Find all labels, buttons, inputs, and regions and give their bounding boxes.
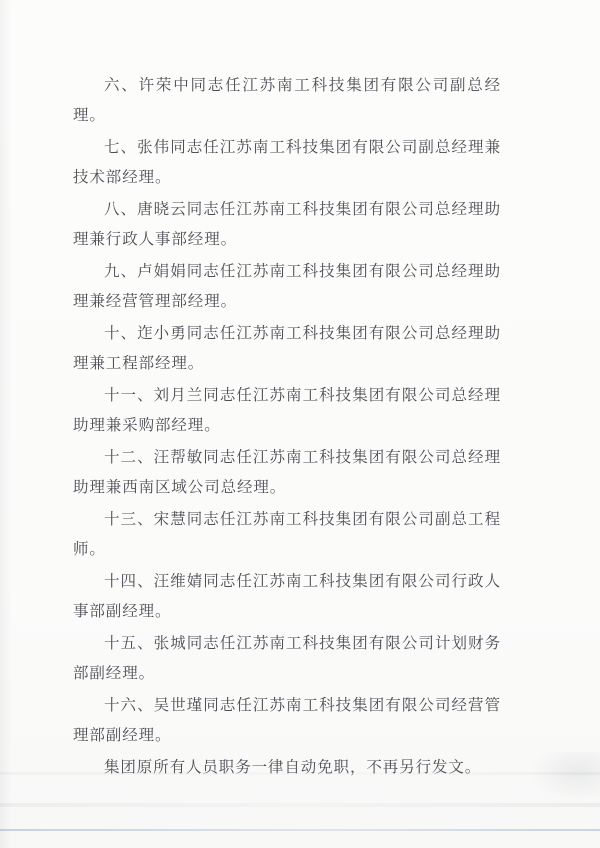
scan-artifact-streak [0, 803, 600, 807]
scan-artifact-streak [0, 772, 600, 775]
appointment-item-11: 十一、刘月兰同志任江苏南工科技集团有限公司总经理助理兼采购部经理。 [73, 381, 501, 441]
appointment-item-8: 八、唐晓云同志任江苏南工科技集团有限公司总经理助理兼行政人事部经理。 [73, 195, 501, 255]
scan-artifact-line [0, 829, 600, 831]
document-body-text: 六、许荣中同志任江苏南工科技集团有限公司副总经理。 七、张伟同志任江苏南工科技集… [73, 71, 501, 785]
appointment-item-12: 十二、汪帮敏同志任江苏南工科技集团有限公司总经理助理兼西南区域公司总经理。 [73, 443, 501, 503]
scan-edge-shadow [0, 0, 12, 848]
appointment-item-6: 六、许荣中同志任江苏南工科技集团有限公司副总经理。 [73, 71, 501, 131]
appointment-item-14: 十四、汪维婧同志任江苏南工科技集团有限公司行政人事部副经理。 [73, 567, 501, 627]
closing-statement: 集团原所有人员职务一律自动免职，不再另行发文。 [73, 753, 501, 783]
appointment-item-7: 七、张伟同志任江苏南工科技集团有限公司副总经理兼技术部经理。 [73, 133, 501, 193]
document-page: 六、许荣中同志任江苏南工科技集团有限公司副总经理。 七、张伟同志任江苏南工科技集… [0, 0, 600, 848]
appointment-item-15: 十五、张城同志任江苏南工科技集团有限公司计划财务部副经理。 [73, 629, 501, 689]
appointment-item-16: 十六、吴世瑾同志任江苏南工科技集团有限公司经营管理部副经理。 [73, 691, 501, 751]
appointment-item-10: 十、迮小勇同志任江苏南工科技集团有限公司总经理助理兼工程部经理。 [73, 319, 501, 379]
appointment-item-13: 十三、宋慧同志任江苏南工科技集团有限公司副总工程师。 [73, 505, 501, 565]
scan-corner-mottle [530, 752, 600, 802]
appointment-item-9: 九、卢娟娟同志任江苏南工科技集团有限公司总经理助理兼经营管理部经理。 [73, 257, 501, 317]
